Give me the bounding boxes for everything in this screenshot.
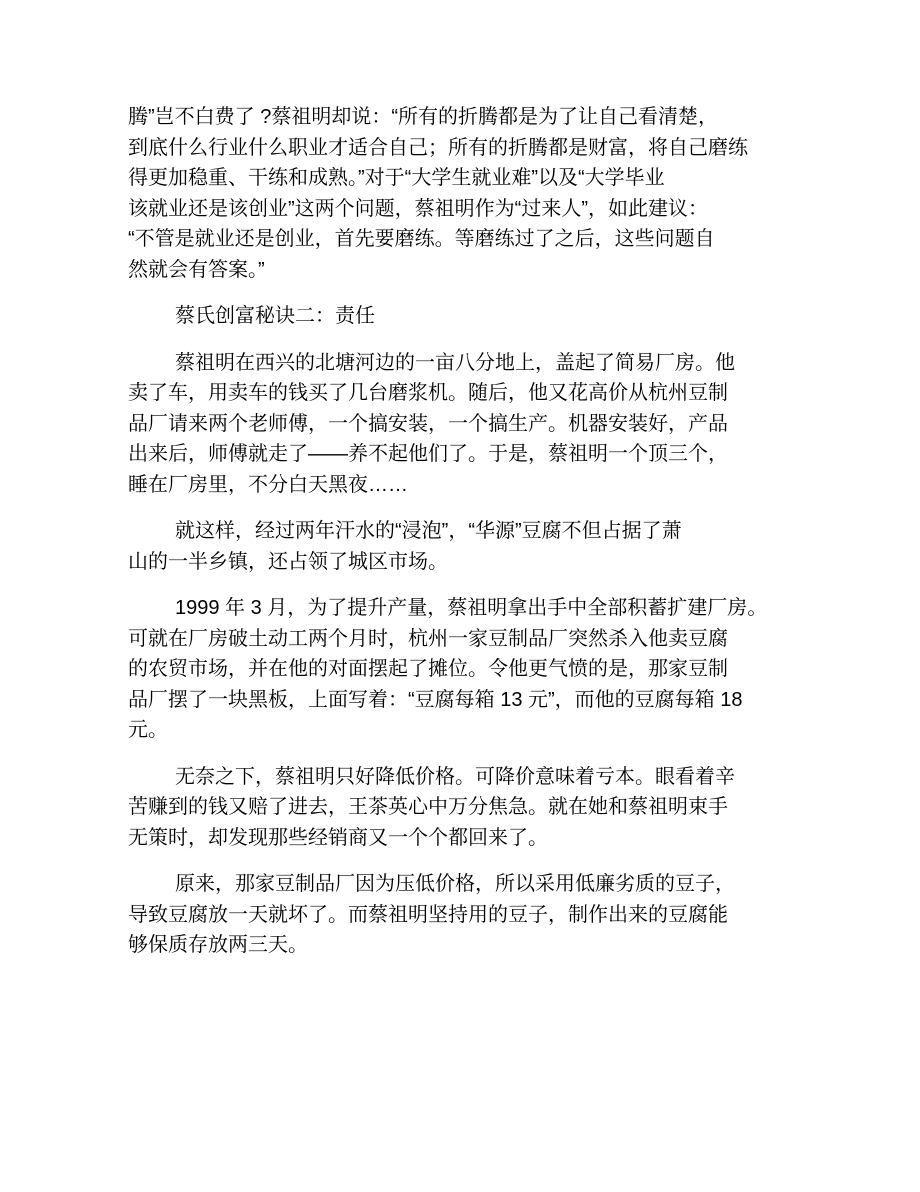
text-line: 苦赚到的钱又赔了进去，王茶英心中万分焦急。就在她和蔡祖明束手 [128,792,838,823]
text-line: 然就会有答案。” [128,255,838,286]
text-line: 无奈之下，蔡祖明只好降低价格。可降价意味着亏本。眼看着辛 [128,762,838,793]
text-line: 睡在厂房里，不分白天黑夜…… [128,470,838,501]
text-line: 出来后，师傅就走了——养不起他们了。于是，蔡祖明一个顶三个， [128,439,838,470]
text-line: 就这样，经过两年汗水的“浸泡”，“华源”豆腐不但占据了萧 [128,516,838,547]
text-line: “不管是就业还是创业，首先要磨练。等磨练过了之后，这些问题自 [128,224,838,255]
text-line: 该就业还是该创业”这两个问题，蔡祖明作为“过来人”，如此建议： [128,194,838,225]
text-line: 卖了车，用卖车的钱买了几台磨浆机。随后，他又花高价从杭州豆制 [128,378,838,409]
text-line: 品厂摆了一块黑板，上面写着：“豆腐每箱 13 元”，而他的豆腐每箱 18 [128,685,838,716]
text-block: 腾”岂不白费了 ?蔡祖明却说：“所有的折腾都是为了让自己看清楚，到底什么行业什么… [128,102,838,977]
text-line: 的农贸市场，并在他的对面摆起了摊位。令他更气愤的是，那家豆制 [128,654,838,685]
text-line: 导致豆腐放一天就坏了。而蔡祖明坚持用的豆子，制作出来的豆腐能 [128,900,838,931]
paragraph-market: 就这样，经过两年汗水的“浸泡”，“华源”豆腐不但占据了萧山的一半乡镇，还占领了城… [128,516,838,577]
document-page: 腾”岂不白费了 ?蔡祖明却说：“所有的折腾都是为了让自己看清楚，到底什么行业什么… [0,0,920,1192]
paragraph-competition: 1999 年 3 月，为了提升产量，蔡祖明拿出手中全部积蓄扩建厂房。可就在厂房破… [128,593,838,746]
text-line: 腾”岂不白费了 ?蔡祖明却说：“所有的折腾都是为了让自己看清楚， [128,102,838,133]
text-line: 蔡祖明在西兴的北塘河边的一亩八分地上，盖起了简易厂房。他 [128,348,838,379]
paragraph-quality: 原来，那家豆制品厂因为压低价格，所以采用低廉劣质的豆子，导致豆腐放一天就坏了。而… [128,869,838,961]
text-line: 蔡氏创富秘诀二：责任 [128,301,838,332]
paragraph-price-cut: 无奈之下，蔡祖明只好降低价格。可降价意味着亏本。眼看着辛苦赚到的钱又赔了进去，王… [128,762,838,854]
text-line: 元。 [128,715,838,746]
section-heading: 蔡氏创富秘诀二：责任 [128,301,838,332]
text-line: 可就在厂房破土动工两个月时，杭州一家豆制品厂突然杀入他卖豆腐 [128,624,838,655]
text-line: 品厂请来两个老师傅，一个搞安装，一个搞生产。机器安装好，产品 [128,409,838,440]
text-line: 得更加稳重、干练和成熟。”对于“大学生就业难”以及“大学毕业 [128,163,838,194]
text-line: 够保质存放两三天。 [128,930,838,961]
paragraph-continuation: 腾”岂不白费了 ?蔡祖明却说：“所有的折腾都是为了让自己看清楚，到底什么行业什么… [128,102,838,285]
text-line: 到底什么行业什么职业才适合自己；所有的折腾都是财富，将自己磨练 [128,133,838,164]
text-line: 原来，那家豆制品厂因为压低价格，所以采用低廉劣质的豆子， [128,869,838,900]
text-line: 山的一半乡镇，还占领了城区市场。 [128,547,838,578]
paragraph-factory: 蔡祖明在西兴的北塘河边的一亩八分地上，盖起了简易厂房。他卖了车，用卖车的钱买了几… [128,348,838,501]
text-line: 1999 年 3 月，为了提升产量，蔡祖明拿出手中全部积蓄扩建厂房。 [128,593,838,624]
text-line: 无策时，却发现那些经销商又一个个都回来了。 [128,823,838,854]
